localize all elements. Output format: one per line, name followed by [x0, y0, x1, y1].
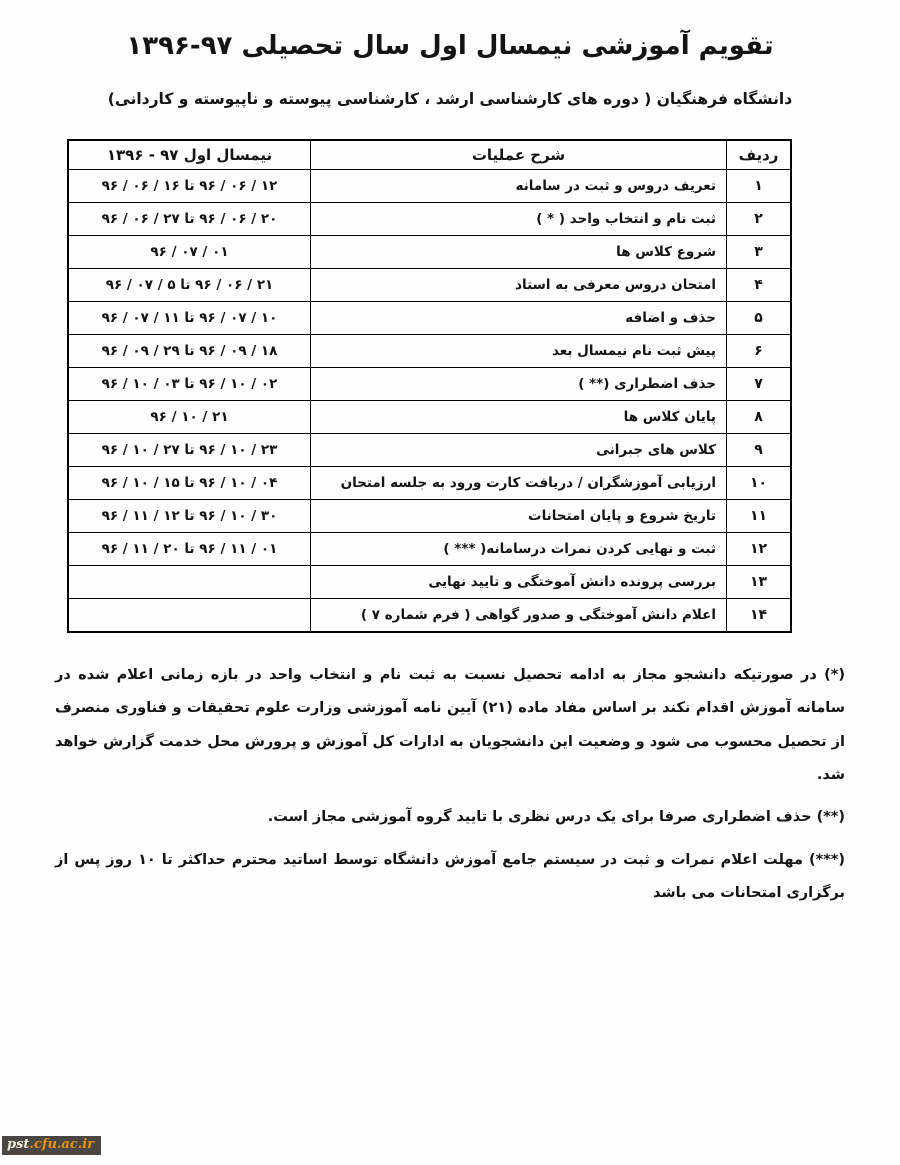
operation-cell: حذف اضطراری (** ) — [311, 368, 727, 401]
operation-cell: پیش ثبت نام نیمسال بعد — [311, 335, 727, 368]
row-number-cell: ۷ — [727, 368, 792, 401]
row-number-cell: ۹ — [727, 434, 792, 467]
date-cell: ۱۸ / ۰۹ / ۹۶ تا ۲۹ / ۰۹ / ۹۶ — [68, 335, 311, 368]
operation-cell: شروع کلاس ها — [311, 236, 727, 269]
operation-cell: تعریف دروس و ثبت در سامانه — [311, 170, 727, 203]
table-row: ۳ شروع کلاس ها ۰۱ / ۰۷ / ۹۶ — [68, 236, 791, 269]
footnotes-section: (*) در صورتیکه دانشجو مجاز به ادامه تحصی… — [55, 659, 845, 910]
operation-cell: کلاس های جبرانی — [311, 434, 727, 467]
table-row: ۱۳ بررسی پرونده دانش آموختگی و تایید نها… — [68, 566, 791, 599]
col-header-semester: نیمسال اول ۹۷ - ۱۳۹۶ — [68, 140, 311, 170]
operation-cell: پایان کلاس ها — [311, 401, 727, 434]
table-row: ۲ ثبت نام و انتخاب واحد ( * ) ۲۰ / ۰۶ / … — [68, 203, 791, 236]
operation-cell: اعلام دانش آموختگی و صدور گواهی ( فرم شم… — [311, 599, 727, 633]
table-row: ۷ حذف اضطراری (** ) ۰۲ / ۱۰ / ۹۶ تا ۰۳ /… — [68, 368, 791, 401]
date-cell — [68, 566, 311, 599]
watermark-pst-label: pst — [7, 1137, 29, 1152]
date-cell: ۰۱ / ۰۷ / ۹۶ — [68, 236, 311, 269]
row-number-cell: ۶ — [727, 335, 792, 368]
date-cell: ۰۴ / ۱۰ / ۹۶ تا ۱۵ / ۱۰ / ۹۶ — [68, 467, 311, 500]
operation-cell: بررسی پرونده دانش آموختگی و تایید نهایی — [311, 566, 727, 599]
date-cell: ۲۱ / ۰۶ / ۹۶ تا ۵ / ۰۷ / ۹۶ — [68, 269, 311, 302]
date-cell: ۲۰ / ۰۶ / ۹۶ تا ۲۷ / ۰۶ / ۹۶ — [68, 203, 311, 236]
table-row: ۴ امتحان دروس معرفی به استاد ۲۱ / ۰۶ / ۹… — [68, 269, 791, 302]
academic-calendar-table: ردیف شرح عملیات نیمسال اول ۹۷ - ۱۳۹۶ ۱ ت… — [67, 139, 792, 633]
date-cell — [68, 599, 311, 633]
row-number-cell: ۱۰ — [727, 467, 792, 500]
row-number-cell: ۳ — [727, 236, 792, 269]
row-number-cell: ۸ — [727, 401, 792, 434]
document-subtitle: دانشگاه فرهنگیان ( دوره های کارشناسی ارش… — [0, 90, 900, 108]
date-cell: ۲۳ / ۱۰ / ۹۶ تا ۲۷ / ۱۰ / ۹۶ — [68, 434, 311, 467]
table-row: ۵ حذف و اضافه ۱۰ / ۰۷ / ۹۶ تا ۱۱ / ۰۷ / … — [68, 302, 791, 335]
date-cell: ۱۲ / ۰۶ / ۹۶ تا ۱۶ / ۰۶ / ۹۶ — [68, 170, 311, 203]
operation-cell: تاریخ شروع و پایان امتحانات — [311, 500, 727, 533]
row-number-cell: ۱ — [727, 170, 792, 203]
date-cell: ۱۰ / ۰۷ / ۹۶ تا ۱۱ / ۰۷ / ۹۶ — [68, 302, 311, 335]
table-row: ۸ پایان کلاس ها ۲۱ / ۱۰ / ۹۶ — [68, 401, 791, 434]
row-number-cell: ۱۲ — [727, 533, 792, 566]
footnote-registration-rule: (*) در صورتیکه دانشجو مجاز به ادامه تحصی… — [55, 659, 845, 792]
document-page: تقویم آموزشی نیمسال اول سال تحصیلی ۹۷-۱۳… — [0, 0, 900, 1165]
operation-cell: ارزیابی آموزشگران / دریافت کارت ورود به … — [311, 467, 727, 500]
table-row: ۹ کلاس های جبرانی ۲۳ / ۱۰ / ۹۶ تا ۲۷ / ۱… — [68, 434, 791, 467]
row-number-cell: ۱۴ — [727, 599, 792, 633]
operation-cell: ثبت نام و انتخاب واحد ( * ) — [311, 203, 727, 236]
document-title: تقویم آموزشی نیمسال اول سال تحصیلی ۹۷-۱۳… — [0, 0, 900, 61]
footnote-grades-deadline-rule: (***) مهلت اعلام نمرات و ثبت در سیستم جا… — [55, 844, 845, 911]
col-header-row-number: ردیف — [727, 140, 792, 170]
operation-cell: امتحان دروس معرفی به استاد — [311, 269, 727, 302]
date-cell: ۰۲ / ۱۰ / ۹۶ تا ۰۳ / ۱۰ / ۹۶ — [68, 368, 311, 401]
table-row: ۱ تعریف دروس و ثبت در سامانه ۱۲ / ۰۶ / ۹… — [68, 170, 791, 203]
date-cell: ۰۱ / ۱۱ / ۹۶ تا ۲۰ / ۱۱ / ۹۶ — [68, 533, 311, 566]
table-row: ۱۰ ارزیابی آموزشگران / دریافت کارت ورود … — [68, 467, 791, 500]
date-cell: ۲۱ / ۱۰ / ۹۶ — [68, 401, 311, 434]
row-number-cell: ۱۳ — [727, 566, 792, 599]
table-row: ۱۴ اعلام دانش آموختگی و صدور گواهی ( فرم… — [68, 599, 791, 633]
row-number-cell: ۴ — [727, 269, 792, 302]
row-number-cell: ۲ — [727, 203, 792, 236]
row-number-cell: ۵ — [727, 302, 792, 335]
table-row: ۱۲ ثبت و نهایی کردن نمرات درسامانه( *** … — [68, 533, 791, 566]
col-header-operations: شرح عملیات — [311, 140, 727, 170]
row-number-cell: ۱۱ — [727, 500, 792, 533]
table-row: ۱۱ تاریخ شروع و پایان امتحانات ۳۰ / ۱۰ /… — [68, 500, 791, 533]
table-row: ۶ پیش ثبت نام نیمسال بعد ۱۸ / ۰۹ / ۹۶ تا… — [68, 335, 791, 368]
watermark-domain-label: .cfu.ac.ir — [29, 1137, 94, 1152]
operation-cell: ثبت و نهایی کردن نمرات درسامانه( *** ) — [311, 533, 727, 566]
date-cell: ۳۰ / ۱۰ / ۹۶ تا ۱۲ / ۱۱ / ۹۶ — [68, 500, 311, 533]
site-watermark: pst.cfu.ac.ir — [2, 1136, 101, 1155]
table-header-row: ردیف شرح عملیات نیمسال اول ۹۷ - ۱۳۹۶ — [68, 140, 791, 170]
operation-cell: حذف و اضافه — [311, 302, 727, 335]
footnote-emergency-drop-rule: (**) حذف اضطراری صرفا برای یک درس نظری ب… — [55, 801, 845, 834]
